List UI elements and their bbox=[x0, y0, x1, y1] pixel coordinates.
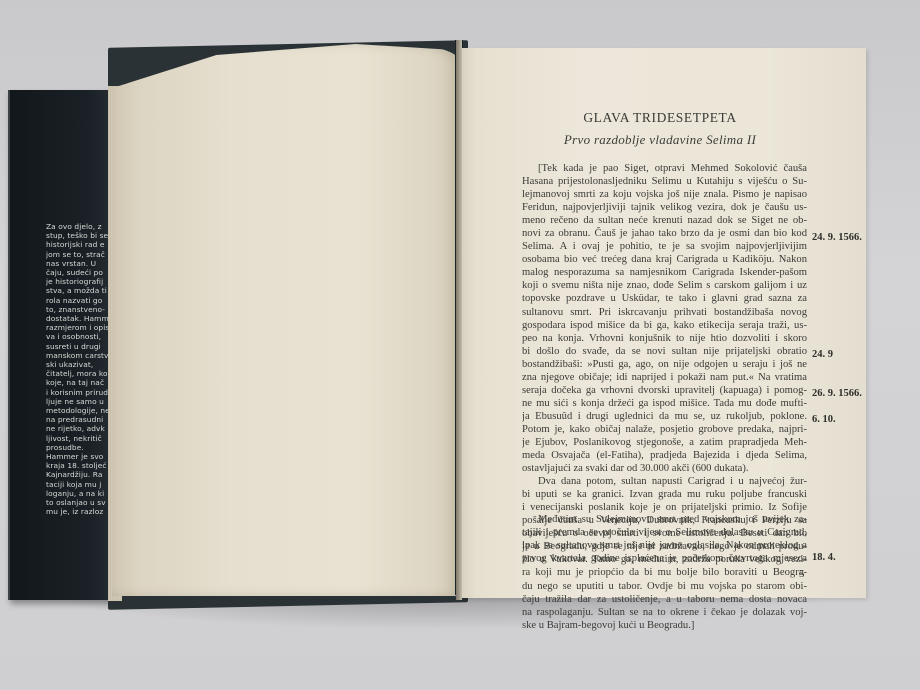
left-page-blank bbox=[112, 44, 460, 596]
jacket-text-line: ove uzmanjkalo bbox=[46, 517, 110, 518]
jacket-text-line: nas vrstan. U bbox=[46, 259, 110, 268]
jacket-text-line: jom se to, strač bbox=[46, 250, 110, 259]
text-line: na raspolaganju. Sultan se na to okrene … bbox=[522, 606, 807, 619]
text-line: tajili i premda se pročula vijest o Seli… bbox=[522, 526, 807, 539]
jacket-text-line: historijski rad e bbox=[46, 240, 110, 249]
text-line: bi uputi se ka granici. Izvan grada mu r… bbox=[522, 488, 807, 501]
text-line: novi za obranu. Čauš je jahao tako brzo … bbox=[522, 227, 807, 240]
margin-date: 26. 9. 1566. bbox=[812, 388, 862, 399]
text-line: Dva dana potom, sultan napusti Carigrad … bbox=[522, 475, 807, 488]
jacket-text-line: mu je, iz razloz bbox=[46, 507, 110, 516]
text-line: je Ejubov, Poslanikovog stjegonoše, a za… bbox=[522, 436, 807, 449]
text-line: čaju tražila dar za ustoličenje, a u tab… bbox=[522, 593, 807, 606]
jacket-text-line: stup, teško bi se bbox=[46, 231, 110, 240]
jacket-text-line: na predrasudni bbox=[46, 415, 110, 424]
jacket-text-line: ne rijetko, advk bbox=[46, 424, 110, 433]
jacket-text-line: čaju, sudeći po bbox=[46, 268, 110, 277]
jacket-text-line: čitatelj, mora ko bbox=[46, 369, 110, 378]
jacket-text-line: Kajnardžiju. Ra bbox=[46, 470, 110, 479]
jacket-text-line: ljivost, nekritič bbox=[46, 434, 110, 443]
jacket-text-line: loganju, a na ki bbox=[46, 489, 110, 498]
text-line: ske u Bajram-begovoj kući u Beogradu.] bbox=[522, 619, 807, 632]
jacket-text-line: ski ukazivat, bbox=[46, 360, 110, 369]
margin-date: 18. 4. bbox=[812, 552, 836, 563]
jacket-text-line: koje, na taj nač bbox=[46, 378, 110, 387]
page-number: 5 bbox=[799, 568, 805, 580]
body-text-block-2: Međutim su Sulejmanovu smrt pred vojskom… bbox=[522, 513, 807, 565]
dust-jacket-text: Za ovo djelo, zstup, teško bi sehistorij… bbox=[46, 222, 110, 517]
jacket-text-line: prosudbe. bbox=[46, 443, 110, 452]
text-line: gospodara ispod mišice da bi ga, kako et… bbox=[522, 319, 807, 332]
text-line: zna njegove običaje; idi naprijed i poka… bbox=[522, 371, 807, 384]
text-line: ipak se sultanova smrt još nije javno og… bbox=[522, 539, 807, 552]
jacket-text-line: metodologije, ne bbox=[46, 406, 110, 415]
jacket-text-line: rola nazvati go bbox=[46, 296, 110, 305]
text-line: ja Ebusuûd i drugi uglednici da mu se, u… bbox=[522, 410, 807, 423]
jacket-text-line: to oslanjao u sv bbox=[46, 498, 110, 507]
book-photo-scene: Za ovo djelo, zstup, teško bi sehistorij… bbox=[0, 0, 920, 690]
text-line: meda Osvajača (el-Fatiha), pradjeda Baje… bbox=[522, 449, 807, 462]
jacket-text-line: kraja 18. stoljeć bbox=[46, 461, 110, 470]
text-line: topovske pozdrave u Usküdar, te tako i g… bbox=[522, 292, 807, 305]
chapter-subtitle: Prvo razdoblje vladavine Selima II bbox=[460, 132, 860, 148]
text-line: koji o svemu ništa nije znao, dođe Selim… bbox=[522, 279, 807, 292]
text-line: lejmanovoj smrti za koju vojska još nije… bbox=[522, 188, 807, 201]
jacket-text-line: ljuje ne samo u bbox=[46, 397, 110, 406]
text-line: seraja dočeka ga vrhovni dvorski upravit… bbox=[522, 384, 807, 397]
text-line: Selima. A i ovaj je pohitio, te je sa sv… bbox=[522, 240, 807, 253]
text-line: peo na konja. Vrhovni konjušnik to nije … bbox=[522, 332, 807, 345]
chapter-title: GLAVA TRIDESETPETA bbox=[460, 110, 860, 126]
text-line: ne mu sići s konja držeći ga ispod mišic… bbox=[522, 397, 807, 410]
jacket-text-line: to, znanstveno- bbox=[46, 305, 110, 314]
jacket-text-line: Hammer je svo bbox=[46, 452, 110, 461]
text-line: Feridun, najpovjerljiviji tajnik velikog… bbox=[522, 201, 807, 214]
text-line: malog nesporazuma sa namjesnikom Carigra… bbox=[522, 266, 807, 279]
jacket-text-line: stva, a možda ti bbox=[46, 286, 110, 295]
text-line: meno rečeno da sultan neće krenuti nazad… bbox=[522, 214, 807, 227]
margin-date: 24. 9 bbox=[812, 349, 833, 360]
text-line: ostavljajući za svaki dar od 30.000 akči… bbox=[522, 462, 807, 475]
text-line: du nego se uputiti u tabor. Ovdje bi mu … bbox=[522, 580, 807, 593]
margin-date: 24. 9. 1566. bbox=[812, 232, 862, 243]
jacket-text-line: je historiografij bbox=[46, 277, 110, 286]
jacket-text-line: va i osobnosti, bbox=[46, 332, 110, 341]
text-line: ra koji mu je priopćio da bi mu bolje bi… bbox=[522, 566, 807, 579]
text-line: bostandžibaši: »Pusti ga, ago, on nije o… bbox=[522, 358, 807, 371]
text-line: Hasana prijestolonasljedniku Selimu u Ku… bbox=[522, 175, 807, 188]
jacket-text-line: Za ovo djelo, z bbox=[46, 222, 110, 231]
text-line: Potom je, kako običaj nalaže, posjetio g… bbox=[522, 423, 807, 436]
text-line: [Tek kada je pao Siget, otpravi Mehmed S… bbox=[522, 162, 807, 175]
jacket-text-line: taciji koja mu j bbox=[46, 480, 110, 489]
jacket-text-line: susreti u drugi bbox=[46, 342, 110, 351]
jacket-text-line: dostatak. Hamm bbox=[46, 314, 110, 323]
jacket-text-line: razmjerom i opisima bbox=[46, 323, 110, 332]
text-line: sultanovu smrt. Pri iskrcavanju prihvati… bbox=[522, 306, 807, 319]
jacket-text-line: manskom carstv bbox=[46, 351, 110, 360]
text-line: osobama bio već trećeg dana kraj Carigra… bbox=[522, 253, 807, 266]
text-line: bi došlo do svađe, da se novi sultan nij… bbox=[522, 345, 807, 358]
jacket-text-line: i korisnim prirud bbox=[46, 388, 110, 397]
text-line: Međutim su Sulejmanovu smrt pred vojskom… bbox=[522, 513, 807, 526]
margin-date: 6. 10. bbox=[812, 414, 836, 425]
text-line: prvog kvartala godine isplaćena je počet… bbox=[522, 552, 807, 565]
